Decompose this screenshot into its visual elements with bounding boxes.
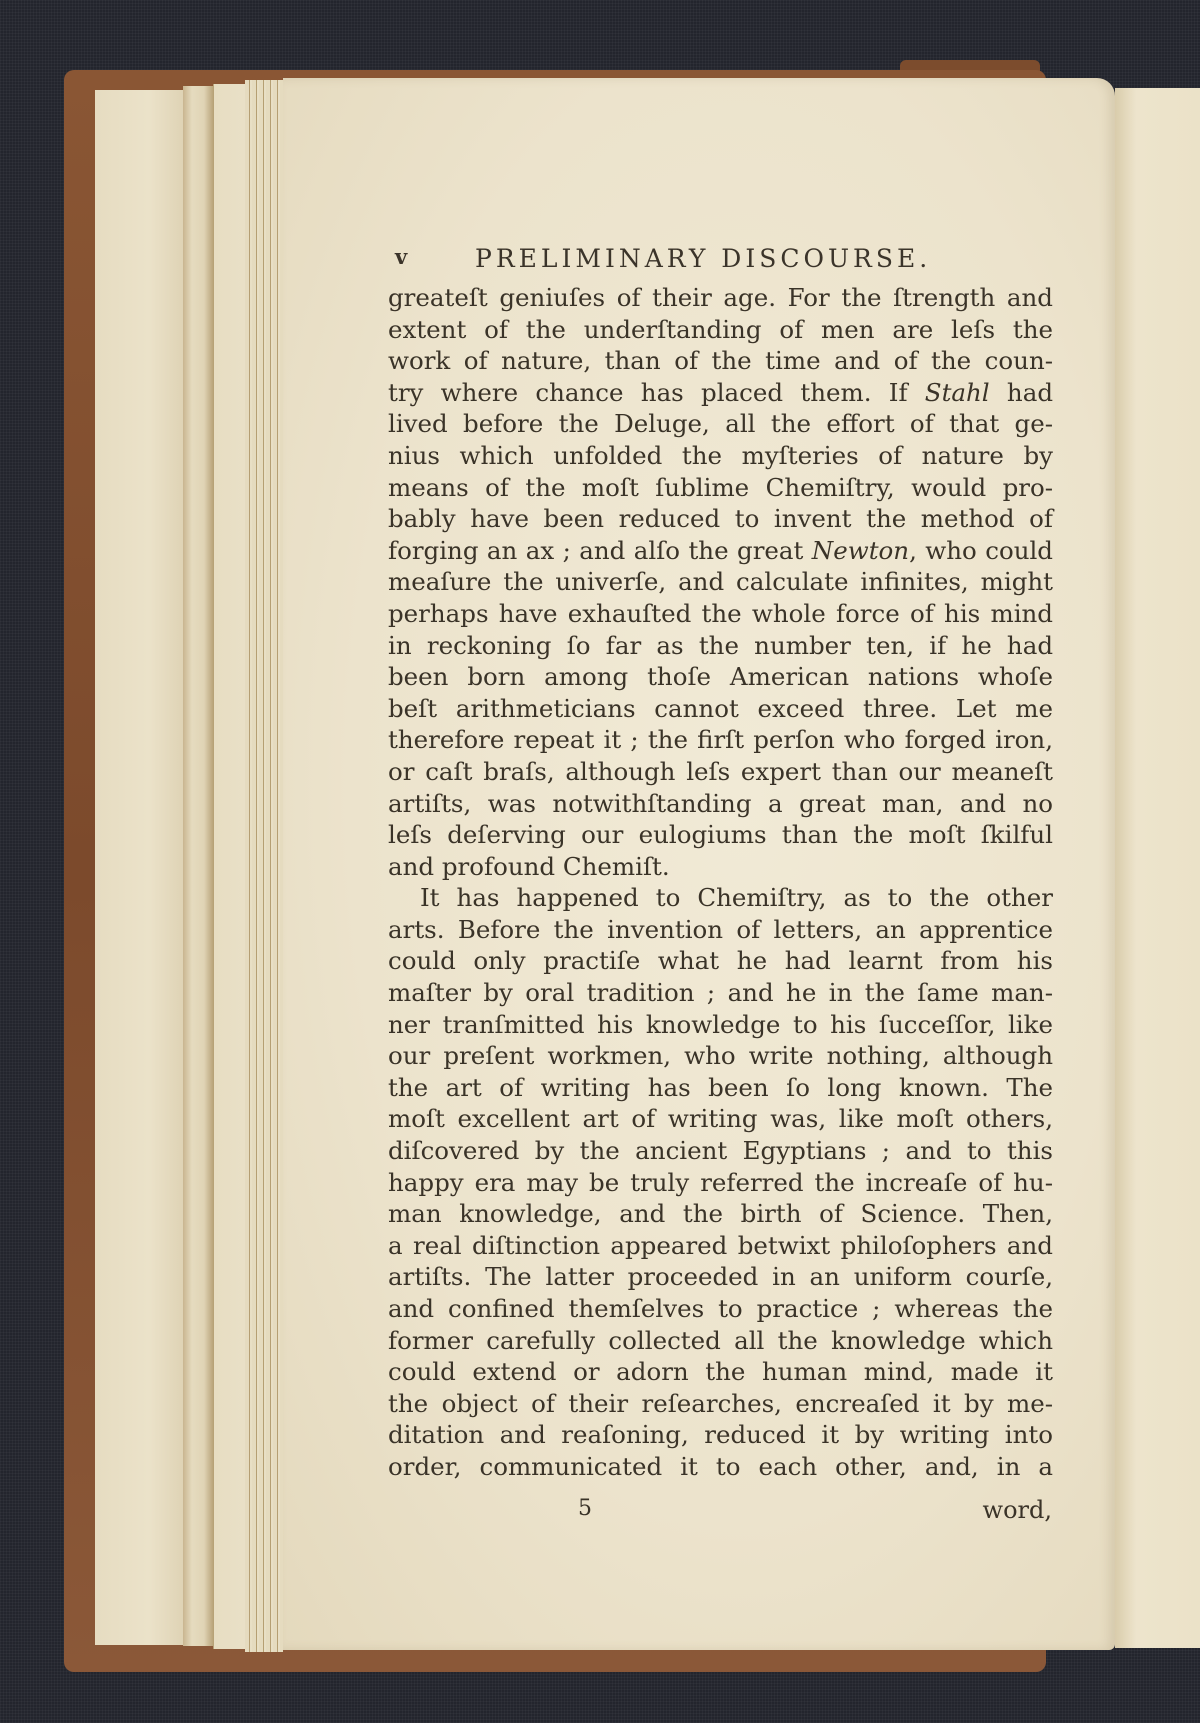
text-line: work of nature, than of the time and of … [388, 345, 1053, 377]
endpaper [95, 90, 185, 1645]
text-line: been born among thoſe American nations w… [388, 661, 1053, 693]
text-line: therefore repeat it ; the firſt perſon w… [388, 724, 1053, 756]
text-line: artiſts, was notwithſtanding a great man… [388, 788, 1053, 820]
text-line: ditation and reaſoning, reduced it by wr… [388, 1419, 1053, 1451]
text-line: leſs deſerving our eulogiums than the mo… [388, 819, 1053, 851]
text-line: diſcovered by the ancient Egyptians ; an… [388, 1135, 1053, 1167]
text-line: means of the moſt ſublime Chemiſtry, wou… [388, 472, 1053, 504]
text-line: former carefully collected all the knowl… [388, 1325, 1053, 1357]
text-line: artiſts. The latter proceeded in an unif… [388, 1261, 1053, 1293]
signature-mark: 5 [578, 1496, 592, 1521]
text-line: forging an ax ; and alſo the great Newto… [388, 535, 1053, 567]
text-line: the art of writing has been ſo long know… [388, 1072, 1053, 1104]
italic-name: Stahl [925, 378, 990, 407]
page-edges-bundle [245, 80, 283, 1652]
text-line: nius which unfolded the myſteries of nat… [388, 440, 1053, 472]
text-line: It has happened to Chemiſtry, as to the … [388, 882, 1053, 914]
running-head: v PRELIMINARY DISCOURSE. [395, 244, 985, 280]
page-stack-edge [213, 84, 246, 1649]
text-line: arts. Before the invention of letters, a… [388, 914, 1053, 946]
facing-page-edge [1115, 88, 1200, 1648]
text-line: extent of the underſtanding of men are l… [388, 314, 1053, 346]
text-line: maſter by oral tradition ; and he in the… [388, 977, 1053, 1009]
text-line: try where chance has placed them. If Sta… [388, 377, 1053, 409]
text-line: a real diſtinction appeared betwixt phil… [388, 1230, 1053, 1262]
text-line: happy era may be truly referred the incr… [388, 1167, 1053, 1199]
running-title: PRELIMINARY DISCOURSE. [475, 244, 931, 273]
text-line: order, communicated it to each other, an… [388, 1451, 1053, 1483]
text-line: moſt excellent art of writing was, like … [388, 1103, 1053, 1135]
italic-name: Newton [812, 536, 909, 565]
text-line: meaſure the univerſe, and calculate infi… [388, 566, 1053, 598]
text-line: in reckoning ſo far as the number ten, i… [388, 630, 1053, 662]
text-line: perhaps have exhauſted the whole force o… [388, 598, 1053, 630]
text-line: man knowledge, and the birth of Science.… [388, 1198, 1053, 1230]
page-folio: v [395, 244, 407, 269]
text-line: and profound Chemiſt. [388, 851, 1053, 883]
text-line: beſt arithmeticians cannot exceed three.… [388, 693, 1053, 725]
text-line: or caſt braſs, although leſs expert than… [388, 756, 1053, 788]
text-line: could extend or adorn the human mind, ma… [388, 1356, 1053, 1388]
text-line: could only practiſe what he had learnt f… [388, 945, 1053, 977]
text-line: ner tranſmitted his knowledge to his ſuc… [388, 1009, 1053, 1041]
text-line: and confined themſelves to practice ; wh… [388, 1293, 1053, 1325]
text-line: greateſt geniuſes of their age. For the … [388, 282, 1053, 314]
text-line: bably have been reduced to invent the me… [388, 503, 1053, 535]
catchword: word, [983, 1496, 1052, 1524]
page-stack-edge [183, 86, 213, 1646]
text-line: the object of their reſearches, encreaſe… [388, 1388, 1053, 1420]
text-line: our preſent workmen, who write nothing, … [388, 1040, 1053, 1072]
text-line: lived before the Deluge, all the effort … [388, 408, 1053, 440]
body-text: greateſt geniuſes of their age. For the … [388, 282, 1053, 1483]
